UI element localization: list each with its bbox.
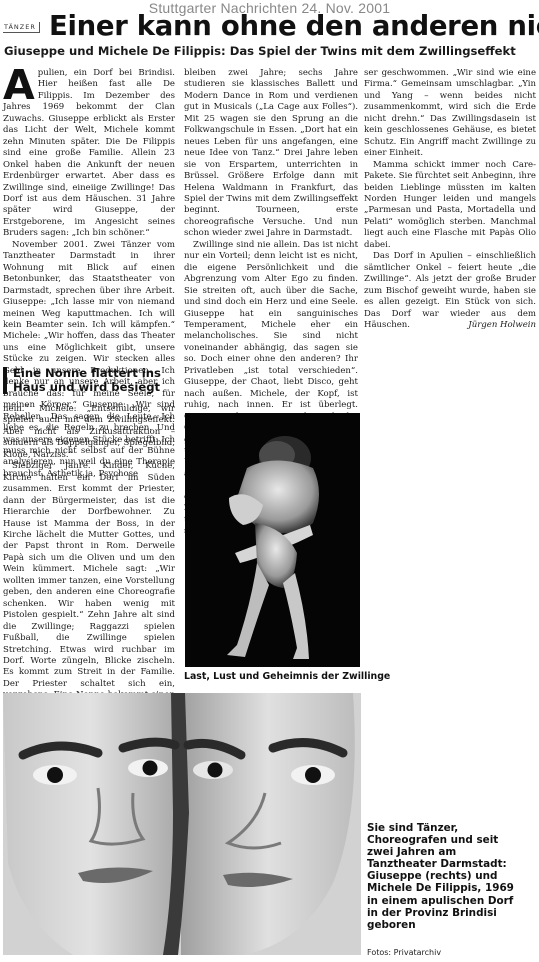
photo-credit: Fotos: Privatarchiv xyxy=(367,948,441,957)
paragraph: Mamma schickt immer noch Care-Pakete. Si… xyxy=(364,160,536,252)
article-column-3: ser geschwommen. „Wir sind wie eine Firm… xyxy=(364,68,536,331)
twins-faces-illustration xyxy=(3,693,361,955)
section-kicker: TÄNZER xyxy=(3,22,40,33)
twins-faces-photo xyxy=(3,693,361,955)
dancers-photo xyxy=(185,413,360,667)
paragraph: bleiben zwei Jahre; sechs Jahre studiere… xyxy=(184,68,358,240)
article-headline: Einer kann ohne den anderen nicht xyxy=(49,10,539,42)
article-subheadline: Giuseppe und Michele De Filippis: Das Sp… xyxy=(4,44,516,58)
drop-cap: A xyxy=(3,69,35,102)
twins-photo-caption: Sie sind Tänzer, Choreografen und seit z… xyxy=(367,822,527,931)
paragraph: nein.“ Michele: „Entschuldige, wir spiel… xyxy=(3,404,175,461)
dancers-photo-caption: Last, Lust und Geheimnis der Zwillinge xyxy=(184,671,390,682)
paragraph: ser geschwommen. „Wir sind wie eine Firm… xyxy=(364,68,536,160)
dancers-photo-illustration xyxy=(185,413,360,667)
section-interheadline: Eine Nonne flattert ins Haus und wird be… xyxy=(3,367,185,394)
